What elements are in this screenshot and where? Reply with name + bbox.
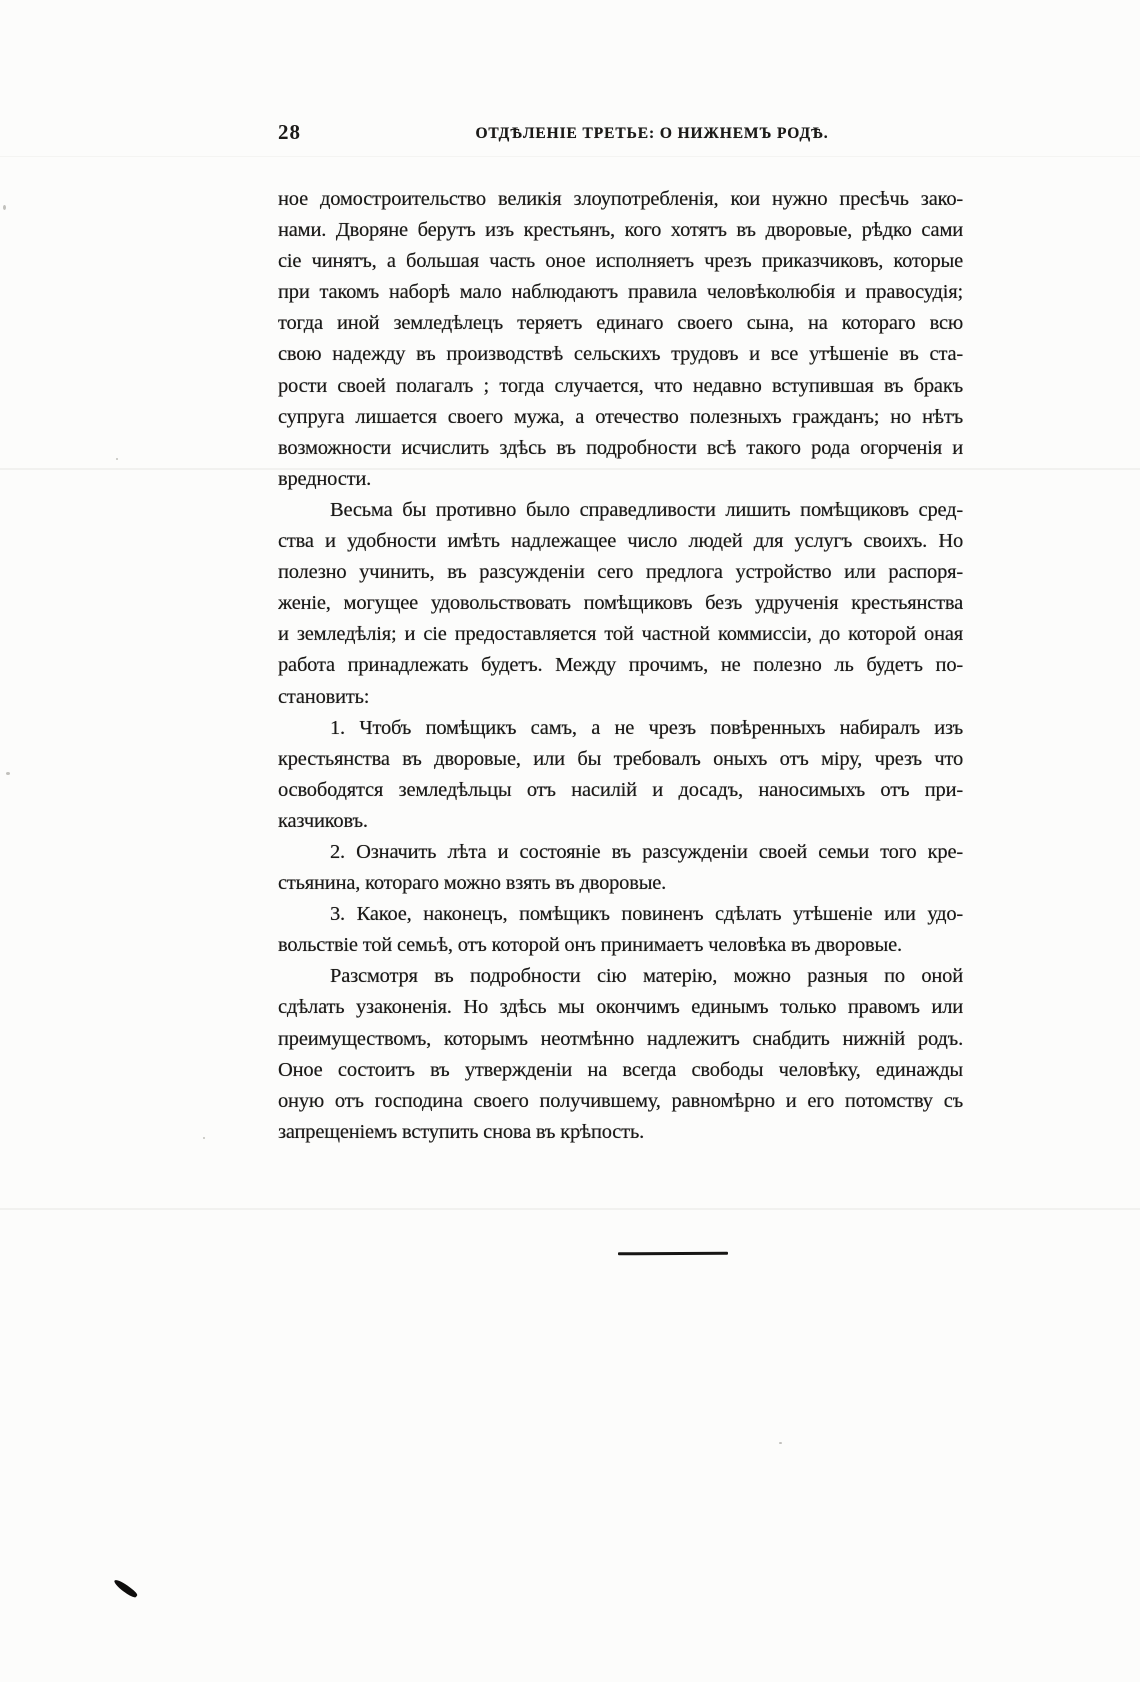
text-line: Весьма бы противно было справедливости л… — [278, 495, 963, 526]
text-line: ства и удобности имѣть надлежащее число … — [278, 526, 963, 557]
scan-speck — [3, 205, 6, 210]
scan-streak — [0, 1208, 1140, 1210]
text-line: освободятся земледѣльцы отъ насилій и до… — [278, 775, 963, 806]
text-line: казчиковъ. — [278, 806, 963, 837]
text-line: свою надежду въ производствѣ сельскихъ т… — [278, 339, 963, 370]
page-number: 28 — [278, 120, 301, 145]
text-line list-item-2: 2. Означить лѣта и состояніе въ разсужде… — [278, 837, 963, 868]
text-line: при такомъ наборѣ мало наблюдаютъ правил… — [278, 277, 963, 308]
running-head: ОТДѢЛЕНІЕ ТРЕТЬЕ: О НИЖНЕМЪ РОДѢ. — [475, 125, 828, 143]
body-text: ное домостроительство великія злоупотреб… — [278, 184, 963, 1148]
text-line list-item-3: 3. Какое, наконецъ, помѣщикъ повиненъ сд… — [278, 899, 963, 930]
text-line: возможности исчислить здѣсь въ подробнос… — [278, 433, 963, 464]
text-line: нами. Дворяне берутъ изъ крестьянъ, кого… — [278, 215, 963, 246]
text-line: становить: — [278, 682, 963, 713]
scan-speck — [779, 1442, 782, 1444]
scan-speck — [203, 1137, 205, 1139]
text-line: сдѣлать узаконенія. Но здѣсь мы окончимъ… — [278, 992, 963, 1023]
scan-speck — [6, 772, 10, 775]
book-page: 28 ОТДѢЛЕНІЕ ТРЕТЬЕ: О НИЖНЕМЪ РОДѢ. ное… — [0, 0, 1140, 1682]
text-line: работа принадлежать будетъ. Между прочим… — [278, 650, 963, 681]
text-line: полезно учинить, въ разсужденіи сего пре… — [278, 557, 963, 588]
ink-pen-mark — [113, 1578, 139, 1600]
text-line: рости своей полагалъ ; тогда случается, … — [278, 371, 963, 402]
section-divider-rule — [618, 1252, 728, 1256]
text-line: стьянина, котораго можно взять въ дворов… — [278, 868, 963, 899]
text-line: Разсмотря въ подробности сію матерію, мо… — [278, 961, 963, 992]
text-line: вольствіе той семьѣ, отъ которой онъ при… — [278, 930, 963, 961]
text-line: супруга лишается своего мужа, а отечеств… — [278, 402, 963, 433]
text-line: крестьянства въ дворовые, или бы требова… — [278, 744, 963, 775]
scan-speck — [116, 458, 118, 460]
text-line: женіе, могущее удовольствовать помѣщиков… — [278, 588, 963, 619]
text-line list-item-1: 1. Чтобъ помѣщикъ самъ, а не чрезъ повѣр… — [278, 713, 963, 744]
text-line: тогда иной земледѣлецъ теряетъ единаго с… — [278, 308, 963, 339]
scan-streak — [0, 156, 1140, 157]
text-line: вредности. — [278, 464, 963, 495]
text-line: Оное состоитъ въ утвержденіи на всегда с… — [278, 1055, 963, 1086]
text-line: оную отъ господина своего получившему, р… — [278, 1086, 963, 1117]
text-line: сіе чинятъ, а большая часть оное исполня… — [278, 246, 963, 277]
text-line: запрещеніемъ вступить снова въ крѣпость. — [278, 1117, 963, 1148]
text-line: ное домостроительство великія злоупотреб… — [278, 184, 963, 215]
text-line: преимуществомъ, которымъ неотмѣнно надле… — [278, 1024, 963, 1055]
text-line: и земледѣлія; и сіе предоставляется той … — [278, 619, 963, 650]
